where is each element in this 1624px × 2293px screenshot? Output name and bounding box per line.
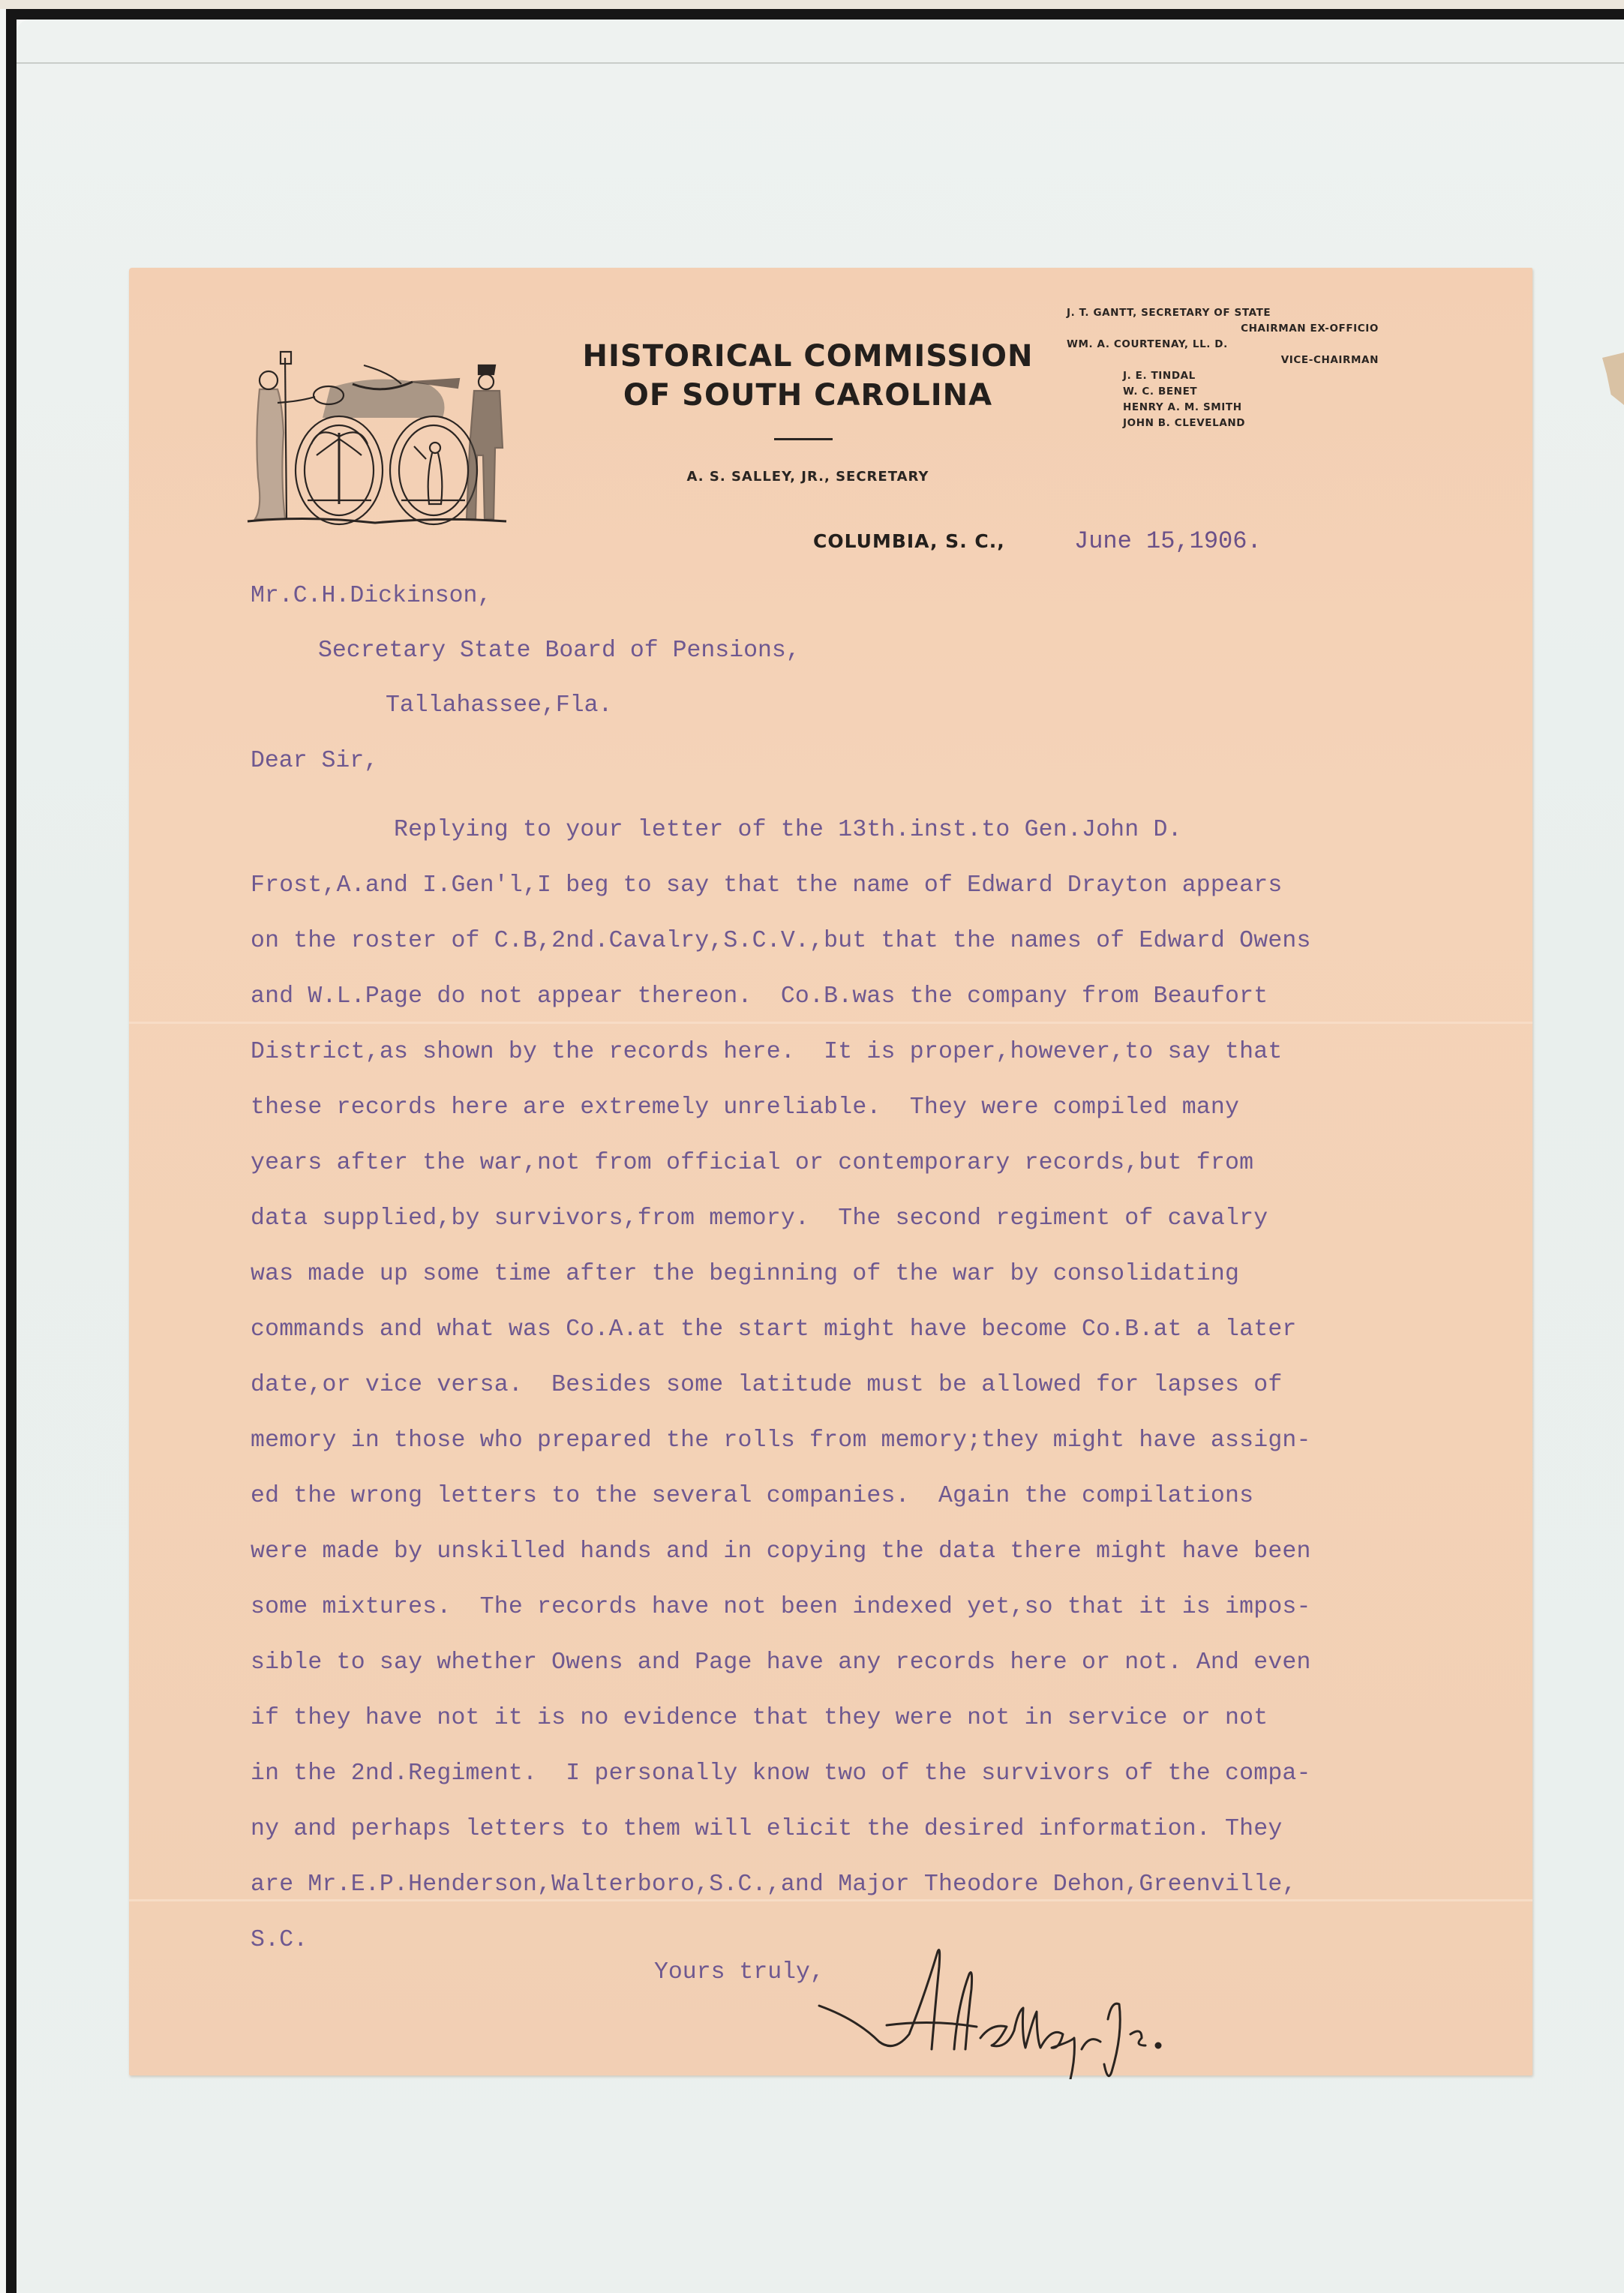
body-line: data supplied,by survivors,from memory. … [251, 1191, 1526, 1247]
member-line: WM. A. COURTENAY, LL. D. [1067, 337, 1382, 353]
body-line: commands and what was Co.A.at the start … [251, 1302, 1526, 1358]
frame-border-top [6, 9, 1624, 20]
body-line: were made by unskilled hands and in copy… [251, 1524, 1526, 1580]
state-seal-icon [240, 343, 510, 530]
body-line: date,or vice versa. Besides some latitud… [251, 1358, 1526, 1413]
organization-name-line1: HISTORICAL COMMISSION [549, 337, 1067, 376]
member-line: JOHN B. CLEVELAND [1067, 416, 1382, 431]
handwritten-signature [812, 1937, 1172, 2079]
recipient-title: Secretary State Board of Pensions, [318, 638, 800, 664]
body-line: these records here are extremely unrelia… [251, 1080, 1526, 1136]
member-line: HENRY A. M. SMITH [1067, 400, 1382, 416]
frame-border-left [6, 9, 17, 2293]
body-line: memory in those who prepared the rolls f… [251, 1413, 1526, 1469]
secretary-line: A. S. SALLEY, JR., SECRETARY [549, 469, 1067, 485]
member-line: J. E. TINDAL [1067, 368, 1382, 384]
body-line: years after the war,not from official or… [251, 1136, 1526, 1191]
body-line: some mixtures. The records have not been… [251, 1580, 1526, 1635]
member-line: W. C. BENET [1067, 384, 1382, 400]
letter-body: Replying to your letter of the 13th.inst… [251, 803, 1526, 1968]
body-line: in the 2nd.Regiment. I personally know t… [251, 1746, 1526, 1802]
body-line: sible to say whether Owens and Page have… [251, 1635, 1526, 1691]
recipient-location: Tallahassee,Fla. [386, 692, 612, 719]
closing: Yours truly, [654, 1959, 824, 1985]
member-line: VICE-CHAIRMAN [1067, 353, 1382, 368]
letterhead-place: COLUMBIA, S. C., [813, 530, 1005, 552]
organization-name-line2: OF SOUTH CAROLINA [549, 376, 1067, 415]
letter-date: June 15,1906. [1074, 527, 1262, 555]
sleeve-edge-line [17, 62, 1624, 64]
body-line: on the roster of C.B,2nd.Cavalry,S.C.V.,… [251, 914, 1526, 969]
letterhead-rule [774, 438, 833, 440]
body-line: Frost,A.and I.Gen'l,I beg to say that th… [251, 858, 1526, 914]
letter-sheet: HISTORICAL COMMISSION OF SOUTH CAROLINA … [129, 268, 1532, 2075]
body-line: if they have not it is no evidence that … [251, 1691, 1526, 1746]
body-line: was made up some time after the beginnin… [251, 1247, 1526, 1302]
body-line: District,as shown by the records here. I… [251, 1025, 1526, 1080]
member-line: J. T. GANTT, SECRETARY OF STATE [1067, 305, 1382, 321]
body-line: ny and perhaps letters to them will elic… [251, 1802, 1526, 1857]
body-line: Replying to your letter of the 13th.inst… [251, 803, 1526, 858]
body-line: are Mr.E.P.Henderson,Walterboro,S.C.,and… [251, 1857, 1526, 1913]
commission-members: J. T. GANTT, SECRETARY OF STATE CHAIRMAN… [1067, 305, 1382, 431]
organization-name: HISTORICAL COMMISSION OF SOUTH CAROLINA [549, 337, 1067, 415]
scanner-edge [0, 0, 1624, 9]
recipient-name: Mr.C.H.Dickinson, [251, 583, 491, 609]
salutation: Dear Sir, [251, 748, 378, 774]
member-line: CHAIRMAN EX-OFFICIO [1067, 321, 1382, 337]
body-line: and W.L.Page do not appear thereon. Co.B… [251, 969, 1526, 1025]
body-line: ed the wrong letters to the several comp… [251, 1469, 1526, 1524]
